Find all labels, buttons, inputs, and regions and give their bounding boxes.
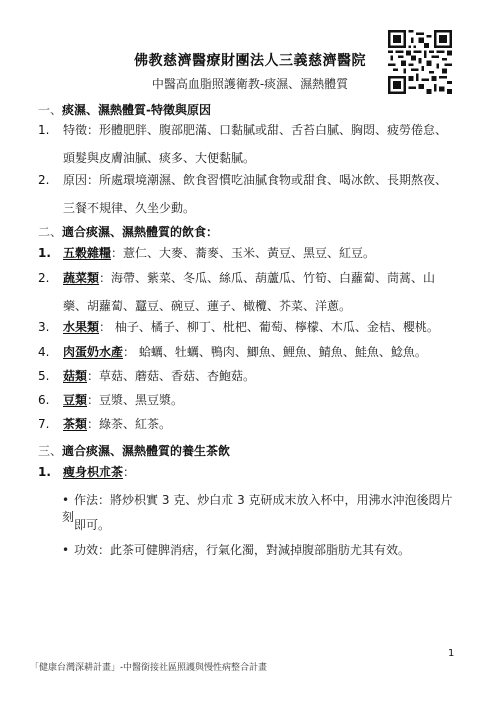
qr-code-icon [388,30,452,94]
section-heading-2: 二、適合痰濕、濕熱體質的飲食： [38,223,218,240]
bullet-item: •作法：將炒枳實 3 克、炒白朮 3 克研成末放入杯中，用沸水沖泡後悶片刻 [62,491,462,525]
list-item: 2.蔬菜類：海帶、紫菜、冬瓜、絲瓜、葫蘆瓜、竹筍、白蘿蔔、茼蒿、山 [38,266,458,291]
list-item: 1.特徵：形體肥胖、腹部肥滿、口黏膩或甜、舌苔白膩、胸悶、疲勞倦怠、 [38,118,458,143]
page-number: 1 [448,648,454,659]
document-page: 佛教慈濟醫療財團法人三義慈濟醫院 中醫高血脂照護衛教-痰濕、濕熱體質 一、痰濕、… [0,0,500,707]
footer-text: 「健康台灣深耕計畫」-中醫銜接社區照護與慢性病整合計畫 [30,660,267,673]
list-item: 1.瘦身枳朮茶： [38,460,458,485]
list-item: 5.菇類：草菇、蘑菇、香菇、杏鮑菇。 [38,364,458,389]
list-item-continuation: 頭髮與皮膚油膩、痰多、大便黏膩。 [63,149,255,166]
bullet-continuation: 即可。 [74,516,110,533]
list-item: 3.水果類： 柚子、橘子、柳丁、枇杷、葡萄、檸檬、木瓜、金桔、櫻桃。 [38,315,458,340]
section-heading-1: 一、痰濕、濕熱體質-特徵與原因 [38,101,211,118]
list-item: 6.豆類：豆漿、黑豆漿。 [38,388,458,413]
bullet-icon: • [62,493,74,507]
list-item: 7.茶類：綠茶、紅茶。 [38,412,458,437]
section-heading-3: 三、適合痰濕、濕熱體質的養生茶飲 [38,442,230,459]
list-item-continuation: 三餐不規律、久坐少動。 [63,199,195,216]
bullet-item: •功效：此茶可健脾消痞，行氣化濁，對減掉腹部脂肪尤其有效。 [62,541,462,558]
list-item: 4.肉蛋奶水產： 蛤蠣、牡蠣、鴨肉、鯽魚、鯉魚、鯖魚、鮭魚、鯰魚。 [38,340,458,365]
list-item: 2.原因：所處環境潮濕、飲食習慣吃油膩食物或甜食、喝冰飲、長期熬夜、 [38,168,458,193]
bullet-icon: • [62,543,74,557]
list-item: 1.五穀雜糧：薏仁、大麥、蕎麥、玉米、黃豆、黑豆、紅豆。 [38,241,458,266]
list-item-continuation: 藥、胡蘿蔔、蠶豆、碗豆、蓮子、橄欖、芥菜、洋蔥。 [63,297,351,314]
